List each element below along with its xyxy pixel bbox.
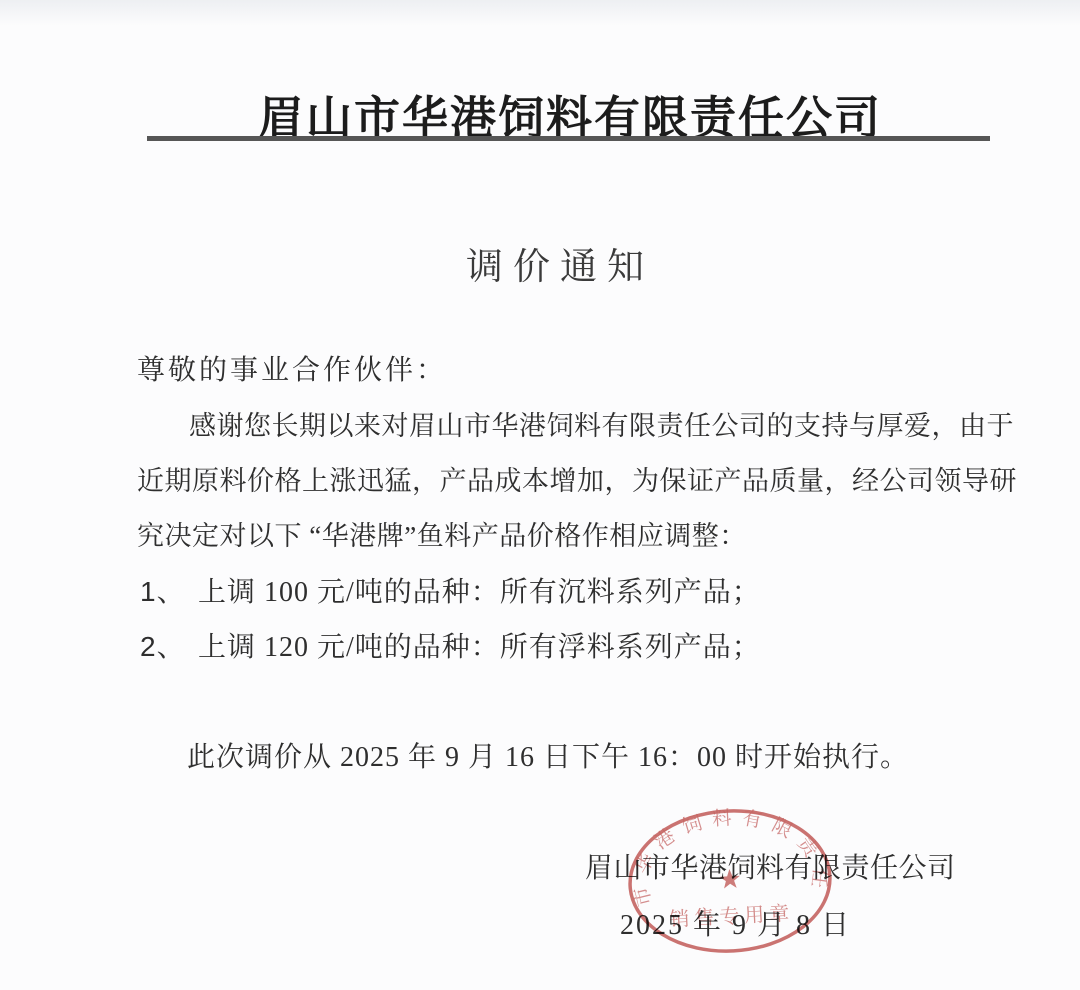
price-item-1-number: 1、	[140, 570, 198, 610]
intro-line-3: 究决定对以下 “华港牌”鱼料产品价格作相应调整：	[137, 509, 987, 564]
price-item-1-text: 上调 100 元/吨的品种：所有沉料系列产品；	[198, 570, 761, 610]
price-item-2: 2、 上调 120 元/吨的品种：所有浮料系列产品；	[140, 625, 761, 665]
intro-paragraph: 感谢您长期以来对眉山市华港饲料有限责任公司的支持与厚爱，由于 近期原料价格上涨迅…	[137, 399, 987, 564]
header-divider-rule	[147, 136, 990, 141]
price-item-2-number: 2、	[140, 625, 198, 665]
price-item-1: 1、 上调 100 元/吨的品种：所有沉料系列产品；	[140, 570, 761, 610]
intro-line-2: 近期原料价格上涨迅猛，产品成本增加，为保证产品质量，经公司领导研	[137, 454, 987, 509]
effective-date-line: 此次调价从 2025 年 9 月 16 日下午 16：00 时开始执行。	[137, 735, 909, 775]
price-item-2-text: 上调 120 元/吨的品种：所有浮料系列产品；	[198, 625, 761, 665]
signature-date: 2025 年 9 月 8 日	[620, 903, 851, 943]
signature-company-name: 眉山市华港饲料有限责任公司	[585, 846, 956, 886]
notice-document-page: 眉山市华港饲料有限责任公司 调价通知 尊敬的事业合作伙伴： 感谢您长期以来对眉山…	[0, 0, 1080, 990]
salutation-line: 尊敬的事业合作伙伴：	[137, 348, 447, 388]
document-title: 调价通知	[150, 236, 970, 290]
intro-line-1: 感谢您长期以来对眉山市华港饲料有限责任公司的支持与厚爱，由于	[137, 399, 987, 454]
